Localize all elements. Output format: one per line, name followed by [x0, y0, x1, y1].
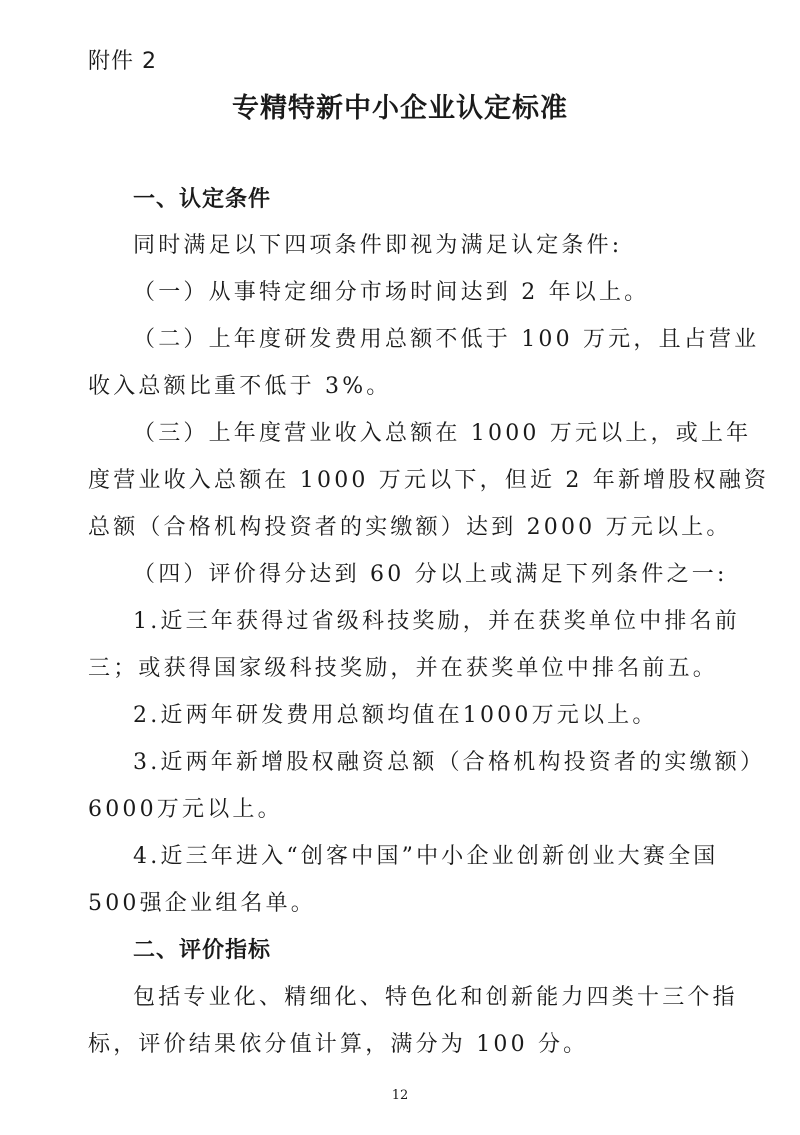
paragraph-line: 三；或获得国家级科技奖励，并在获奖单位中排名前五。 [88, 654, 718, 684]
paragraph-line: 500强企业组名单。 [88, 889, 316, 919]
paragraph-line: （四）评价得分达到 60 分以上或满足下列条件之一: [133, 560, 728, 590]
paragraph-line: （二）上年度研发费用总额不低于 100 万元，且占营业 [133, 325, 759, 355]
paragraph-line: 同时满足以下四项条件即视为满足认定条件: [133, 231, 622, 261]
paragraph-line: 包括专业化、精细化、特色化和创新能力四类十三个指 [133, 983, 738, 1013]
section-heading-2: 二、评价指标 [133, 936, 271, 966]
attachment-label: 附件 2 [88, 44, 157, 75]
paragraph-line: 2.近两年研发费用总额均值在1000万元以上。 [133, 701, 658, 731]
paragraph-line: （一）从事特定细分市场时间达到 2 年以上。 [133, 278, 649, 308]
section-heading-1: 一、认定条件 [133, 185, 271, 215]
page-number: 12 [0, 1088, 800, 1103]
paragraph-line: 3.近两年新增股权融资总额（合格机构投资者的实缴额） [133, 748, 765, 778]
paragraph-line: 收入总额比重不低于 3%。 [88, 372, 392, 402]
paragraph-line: （三）上年度营业收入总额在 1000 万元以上，或上年 [133, 419, 751, 449]
paragraph-line: 总额（合格机构投资者的实缴额）达到 2000 万元以上。 [88, 513, 732, 543]
paragraph-line: 标，评价结果依分值计算，满分为 100 分。 [88, 1030, 588, 1060]
document-page: 附件 2 专精特新中小企业认定标准 一、认定条件 同时满足以下四项条件即视为满足… [0, 0, 800, 1135]
document-title: 专精特新中小企业认定标准 [0, 86, 800, 125]
paragraph-line: 4.近三年进入“创客中国”中小企业创新创业大赛全国 [133, 842, 719, 872]
paragraph-line: 度营业收入总额在 1000 万元以下，但近 2 年新增股权融资 [88, 466, 769, 496]
paragraph-line: 6000万元以上。 [88, 795, 283, 825]
paragraph-line: 1.近三年获得过省级科技奖励，并在获奖单位中排名前 [133, 607, 740, 637]
